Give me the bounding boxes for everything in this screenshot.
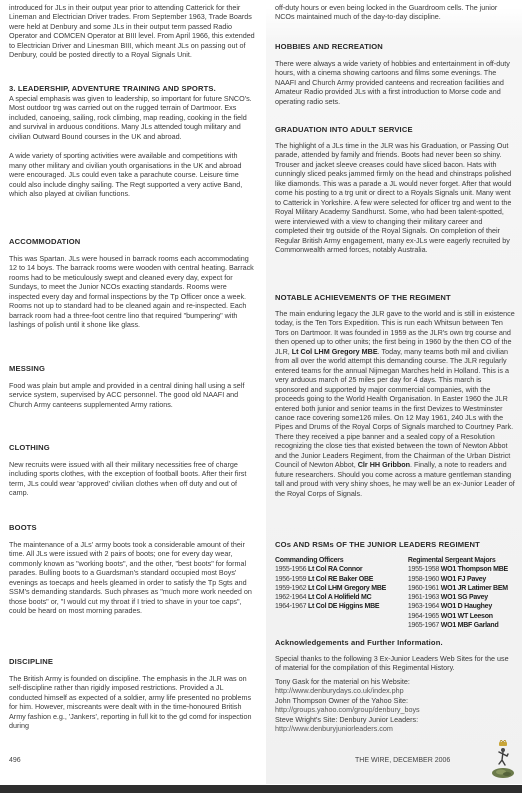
acknowledgements-heading: Acknowledgements and Further Information… [275, 638, 515, 648]
co-row: 1956-1959 Lt Col RE Baker OBE [275, 575, 396, 584]
rsm-years: 1955-1958 [408, 566, 439, 573]
rsm-years: 1960-1961 [408, 585, 439, 592]
co-row: 1962-1964 Lt Col A Holifield MC [275, 593, 396, 602]
co-name: Lt Col RA Connor [308, 566, 362, 573]
co-years: 1964-1967 [275, 603, 306, 610]
acknowledgements-section: Acknowledgements and Further Information… [275, 638, 515, 734]
hobbies-section: HOBBIES AND RECREATION There were always… [275, 42, 515, 106]
acknowledgements-intro: Special thanks to the following 3 Ex-Jun… [275, 654, 515, 673]
intro-paragraph: introduced for JLs in their output year … [9, 3, 255, 60]
discipline-section: DISCIPLINE The British Army is founded o… [9, 657, 255, 731]
boots-heading: BOOTS [9, 523, 255, 533]
credit-label: John Thompson Owner of the Yahoo Site: [275, 696, 515, 705]
rsm-name: WO1 Thompson MBE [441, 566, 508, 573]
leadership-paragraph-2: A wide variety of sporting activities we… [9, 151, 255, 198]
rsm-years: 1964-1965 [408, 613, 439, 620]
credit-link-denburyjuniorleaders[interactable]: http://www.denburyjuniorleaders.com [275, 724, 515, 733]
co-row: 1964-1967 Lt Col DE Higgins MBE [275, 602, 396, 611]
rsm-row: 1961-1963 WO1 SG Pavey [408, 593, 515, 602]
discipline-paragraph: The British Army is founded on disciplin… [9, 674, 255, 731]
rsm-name: WO1 D Haughey [441, 603, 492, 610]
leadership-paragraph-1: A special emphasis was given to leadersh… [9, 94, 255, 141]
messing-paragraph: Food was plain but ample and provided in… [9, 381, 255, 409]
co-years: 1956-1959 [275, 576, 306, 583]
notable-achievements-paragraph: The main enduring legacy the JLR gave to… [275, 309, 515, 498]
accommodation-heading: ACCOMMODATION [9, 237, 255, 247]
rsm-row: 1964-1965 WO1 WT Leeson [408, 612, 515, 621]
co-name: Lt Col LHM Gregory MBE [308, 585, 386, 592]
commanding-officers-column: Commanding Officers 1955-1956 Lt Col RA … [275, 556, 396, 630]
co-years: 1959-1962 [275, 585, 306, 592]
discipline-continuation-paragraph: off-duty hours or even being locked in t… [275, 3, 515, 22]
rsm-header: Regimental Sergeant Majors [408, 556, 515, 565]
clothing-section: CLOTHING New recruits were issued with a… [9, 443, 255, 498]
boots-paragraph: The maintenance of a JLs' army boots too… [9, 540, 255, 616]
notable-text-b: . Today, many teams both mil and civilia… [275, 347, 513, 469]
co-row: 1955-1956 Lt Col RA Connor [275, 565, 396, 574]
royal-signals-emblem-icon [490, 740, 516, 784]
co-years: 1962-1964 [275, 594, 306, 601]
commanding-officers-header: Commanding Officers [275, 556, 396, 565]
leadership-section: 3. LEADERSHIP, ADVENTURE TRAINING AND SP… [9, 84, 255, 199]
accommodation-section: ACCOMMODATION This was Spartan. JLs were… [9, 237, 255, 330]
page-number: 496 [9, 757, 21, 764]
rsm-row: 1965-1967 WO1 MBF Garland [408, 621, 515, 630]
rsm-years: 1961-1963 [408, 594, 439, 601]
intro-section: introduced for JLs in their output year … [9, 3, 255, 60]
graduation-heading: GRADUATION INTO ADULT SERVICE [275, 125, 515, 135]
credit-link-denburydays[interactable]: http://www.denburydays.co.uk/index.php [275, 686, 515, 695]
notable-bold-gribbon: Clr HH Gribbon [358, 460, 410, 469]
co-name: Lt Col DE Higgins MBE [308, 603, 379, 610]
leadership-heading: 3. LEADERSHIP, ADVENTURE TRAINING AND SP… [9, 84, 255, 94]
notable-bold-gregory: Lt Col LHM Gregory MBE [292, 347, 378, 356]
rsm-row: 1960-1961 WO1 JR Latimer BEM [408, 584, 515, 593]
discipline-heading: DISCIPLINE [9, 657, 255, 667]
rsm-row: 1963-1964 WO1 D Haughey [408, 602, 515, 611]
messing-heading: MESSING [9, 364, 255, 374]
rsm-name: WO1 WT Leeson [441, 613, 493, 620]
roster-heading: COs AND RSMs OF THE JUNIOR LEADERS REGIM… [275, 540, 515, 550]
notable-achievements-heading: NOTABLE ACHIEVEMENTS OF THE REGIMENT [275, 293, 515, 303]
clothing-paragraph: New recruits were issued with all their … [9, 460, 255, 498]
discipline-continuation: off-duty hours or even being locked in t… [275, 3, 515, 22]
rsm-name: WO1 JR Latimer BEM [441, 585, 508, 592]
credit-label: Steve Wright's Site: Denbury Junior Lead… [275, 715, 515, 724]
credit-link-yahoo-group[interactable]: http://groups.yahoo.com/group/denbury_bo… [275, 705, 515, 714]
magazine-page: introduced for JLs in their output year … [0, 0, 522, 793]
co-name: Lt Col RE Baker OBE [308, 576, 373, 583]
messing-section: MESSING Food was plain but ample and pro… [9, 364, 255, 409]
rsm-years: 1965-1967 [408, 622, 439, 629]
graduation-section: GRADUATION INTO ADULT SERVICE The highli… [275, 125, 515, 254]
roster-table: Commanding Officers 1955-1956 Lt Col RA … [275, 556, 515, 630]
hobbies-paragraph: There were always a wide variety of hobb… [275, 59, 515, 106]
rsm-name: WO1 MBF Garland [441, 622, 499, 629]
clothing-heading: CLOTHING [9, 443, 255, 453]
roster-section: COs AND RSMs OF THE JUNIOR LEADERS REGIM… [275, 540, 515, 630]
page-bottom-edge [0, 785, 522, 793]
publication-footer: THE WIRE, DECEMBER 2006 [355, 757, 450, 764]
rsm-years: 1963-1964 [408, 603, 439, 610]
credit-label: Tony Gask for the material on his Websit… [275, 677, 515, 686]
rsm-years: 1958-1960 [408, 576, 439, 583]
rsm-column: Regimental Sergeant Majors 1955-1958 WO1… [408, 556, 515, 630]
notable-achievements-section: NOTABLE ACHIEVEMENTS OF THE REGIMENT The… [275, 293, 515, 498]
rsm-row: 1958-1960 WO1 FJ Pavey [408, 575, 515, 584]
boots-section: BOOTS The maintenance of a JLs' army boo… [9, 523, 255, 616]
co-row: 1959-1962 Lt Col LHM Gregory MBE [275, 584, 396, 593]
co-years: 1955-1956 [275, 566, 306, 573]
rsm-row: 1955-1958 WO1 Thompson MBE [408, 565, 515, 574]
hobbies-heading: HOBBIES AND RECREATION [275, 42, 515, 52]
co-name: Lt Col A Holifield MC [308, 594, 371, 601]
rsm-name: WO1 SG Pavey [441, 594, 488, 601]
rsm-name: WO1 FJ Pavey [441, 576, 486, 583]
graduation-paragraph: The highlight of a JLs time in the JLR w… [275, 141, 515, 254]
accommodation-paragraph: This was Spartan. JLs were housed in bar… [9, 254, 255, 330]
